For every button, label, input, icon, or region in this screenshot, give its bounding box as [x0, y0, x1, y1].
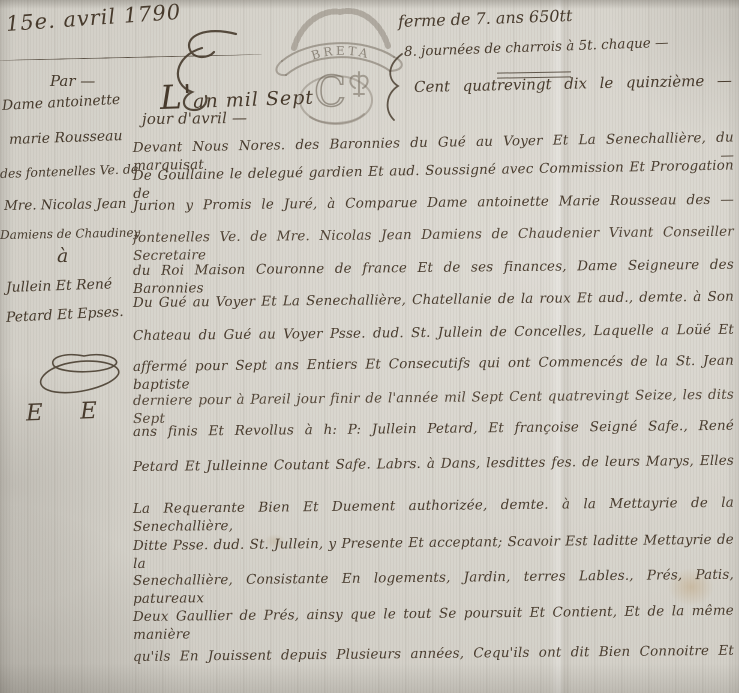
margin-note-husband-name: Mre. Nicolas Jean — [4, 196, 127, 214]
notes-bracket-flourish — [378, 50, 408, 124]
margin-note-lessee-names: Petard Et Epses. — [6, 304, 124, 326]
manuscript-page: 15e. avril 1790 BRETA — [0, 0, 739, 693]
margin-note-lessor-title: des fontenelles Ve. de — [0, 161, 138, 181]
margin-monogram: E E — [26, 398, 113, 427]
body-line: Chateau du Gué au Voyer Psse. dud. St. J… — [133, 321, 734, 345]
margin-flourish-doodle — [24, 346, 146, 400]
margin-note-lessor-name: marie Rousseau — [9, 128, 123, 148]
body-line: qu'ils En Jouissent depuis Plusieurs ann… — [133, 642, 734, 666]
body-line: La Requerante Bien Et Duement authorizée… — [133, 494, 734, 536]
opening-line-right: Cent quatrevingt dix le quinzième — — [414, 71, 732, 96]
margin-note-par: Par — — [50, 72, 95, 90]
fee-note: ferme de 7. ans 650tt — [398, 6, 573, 31]
stamp-initial: C — [314, 67, 346, 116]
body-line: Petard Et Julleinne Coutant Safe. Labrs.… — [133, 452, 734, 476]
margin-note-lessor-name: Dame antoinette — [2, 92, 121, 114]
margin-note-husband-name: Damiens de Chaudiney — [0, 226, 140, 242]
body-line: Deux Gaullier de Prés, ainsy que le tout… — [133, 602, 734, 644]
fleur-de-lis-icon — [350, 72, 367, 96]
margin-note-lessee-names: Jullein Et René — [6, 276, 113, 296]
body-line: jour d'avril — — [142, 109, 247, 128]
margin-note-a: à — [57, 245, 68, 267]
svg-text:BRETA: BRETA — [310, 44, 373, 63]
stamp-banner-text: BRETA — [310, 44, 373, 63]
charrois-note: 8. journées de charrois à 5t. chaque — — [404, 35, 669, 60]
